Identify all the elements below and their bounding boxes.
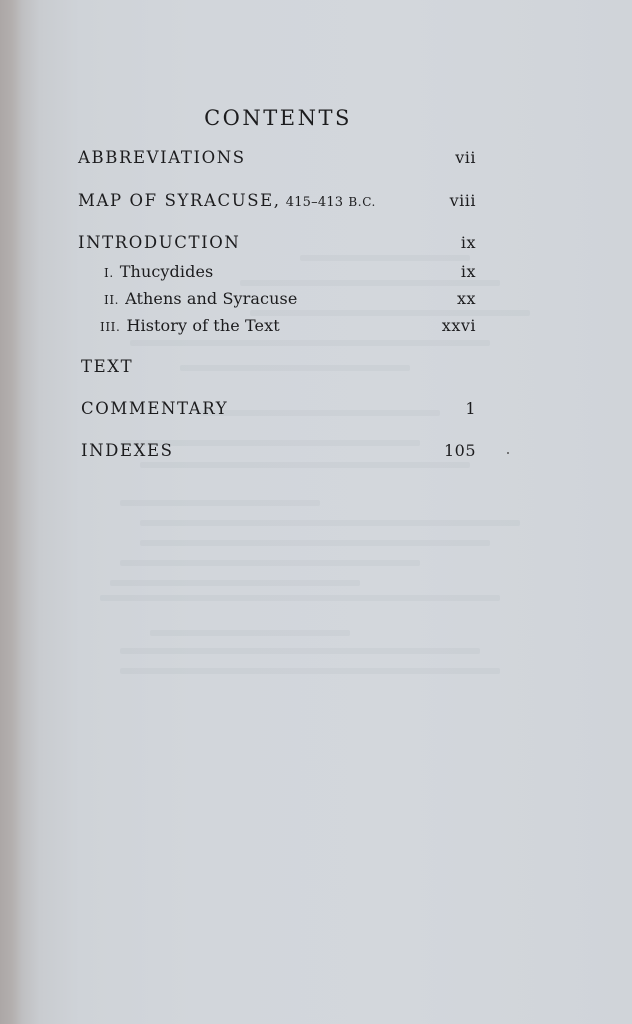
- toc-subentry-history-of-the-text: III.History of the Text xxvi: [100, 316, 476, 335]
- toc-subentry-label: History of the Text: [126, 316, 279, 335]
- toc-entry-commentary: COMMENTARY 1: [81, 399, 476, 418]
- toc-entry-page: 1: [465, 399, 476, 418]
- toc-entry-introduction: INTRODUCTION ix: [78, 233, 476, 252]
- toc-subentry-numeral: II.: [104, 293, 119, 307]
- toc-subentry-page: xxvi: [442, 316, 476, 335]
- toc-entry-abbreviations: ABBREVIATIONS vii: [78, 148, 476, 167]
- toc-entry-page: vii: [455, 148, 476, 167]
- toc-subentry-page: xx: [457, 289, 476, 308]
- toc-subentry-numeral: I.: [104, 266, 114, 280]
- toc-entry-page: ix: [461, 233, 476, 252]
- toc-entry-indexes: INDEXES 105: [81, 441, 476, 460]
- toc-subentry-label-group: III.History of the Text: [100, 316, 280, 335]
- toc-subentry-thucydides: I.Thucydides ix: [104, 262, 476, 281]
- toc-subentry-page: ix: [461, 262, 476, 281]
- toc-entry-label: INTRODUCTION: [78, 233, 240, 252]
- toc-subentry-label-group: I.Thucydides: [104, 262, 213, 281]
- ink-speck: [507, 452, 509, 454]
- toc-entry-page: viii: [450, 191, 476, 210]
- toc-subentry-label-group: II.Athens and Syracuse: [104, 289, 297, 308]
- toc-entry-date-range: 415–413: [286, 195, 344, 210]
- toc-entry-label: MAP OF SYRACUSE,: [78, 191, 281, 210]
- toc-entry-page: 105: [444, 441, 476, 460]
- toc-entry-label: ABBREVIATIONS: [78, 148, 246, 167]
- toc-subentry-label: Athens and Syracuse: [125, 289, 297, 308]
- toc-subentry-label: Thucydides: [120, 262, 214, 281]
- toc-entry-era: B.C.: [348, 195, 376, 209]
- toc-entry-label: TEXT: [81, 357, 133, 376]
- toc-subentry-numeral: III.: [100, 320, 120, 334]
- book-page: CONTENTS ABBREVIATIONS vii MAP OF SYRACU…: [0, 0, 632, 1024]
- toc-entry-map-of-syracuse: MAP OF SYRACUSE, 415–413 B.C. viii: [78, 191, 476, 210]
- toc-entry-label: COMMENTARY: [81, 399, 228, 418]
- toc-entry-label: INDEXES: [81, 441, 174, 460]
- toc-entry-text: TEXT: [81, 357, 476, 376]
- page-title: CONTENTS: [0, 106, 556, 130]
- toc-subentry-athens-and-syracuse: II.Athens and Syracuse xx: [104, 289, 476, 308]
- toc-entry-label-group: MAP OF SYRACUSE, 415–413 B.C.: [78, 191, 376, 210]
